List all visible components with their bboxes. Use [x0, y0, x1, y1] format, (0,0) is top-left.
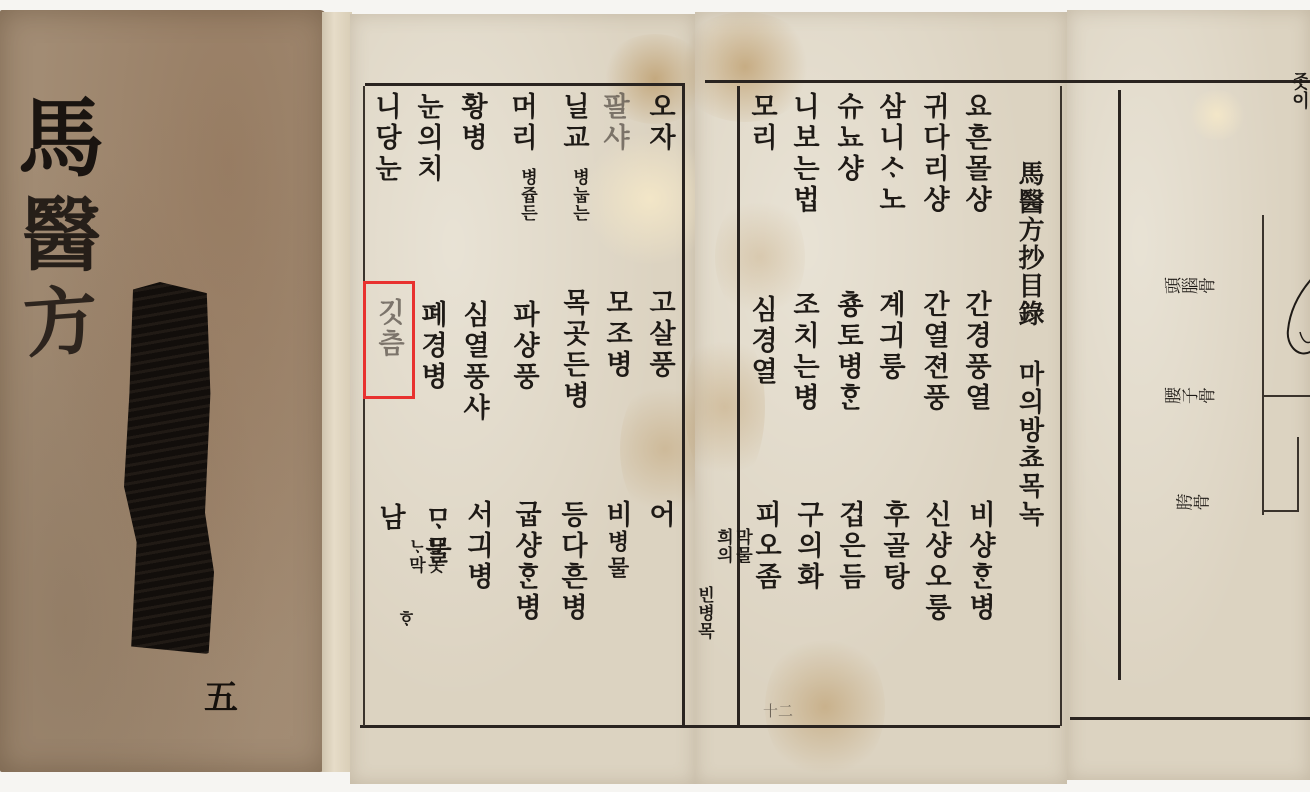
diagram-connector [1297, 437, 1299, 512]
horse-diagram-icon [1280, 270, 1310, 370]
cover-title: 馬 醫 方 [6, 90, 116, 366]
toc-entry: 비샹ᄒᆞᆫ병 [966, 500, 993, 624]
toc-entry: 머리 [508, 92, 535, 154]
toc-entry: 간경풍열 [962, 290, 989, 414]
toc-entry: 등다흔병 [558, 500, 585, 624]
toc-entry: 고살풍 [646, 288, 673, 381]
diagram-label: 胯骨 [1176, 492, 1210, 517]
frame-top-rule [365, 83, 685, 86]
diagram-connector [1264, 395, 1310, 397]
toc-entry: 서긔병 [464, 500, 491, 593]
toc-entry: 닐교 [560, 92, 587, 154]
toc-entry-small: 병쥽든 [518, 168, 535, 222]
toc-entry: 니보는법 [790, 92, 817, 216]
toc-entry: 오자 [646, 92, 673, 154]
bleed-through-text [390, 434, 425, 464]
toc-entry-small: 날못 ᄂᆞ막 [372, 538, 442, 574]
toc-entry: 팔샤 [600, 92, 627, 154]
diagram-label: 頭腦骨 [1164, 275, 1215, 300]
page3-header-text: 좃이 [1290, 72, 1308, 110]
folio-number: 十二 [763, 700, 793, 721]
frame-bottom-rule [1070, 717, 1310, 720]
diagram-label: 腰子骨 [1164, 385, 1215, 410]
frame-bottom-rule [360, 725, 1060, 728]
cover-edge [322, 12, 352, 772]
toc-entry: 신샹오룽 [922, 500, 949, 624]
toc-entry: 비 [603, 500, 630, 531]
frame-page2-right-rule [1060, 86, 1062, 726]
annotation-highlight-box [363, 281, 415, 399]
toc-entry: 겁은듬 [836, 500, 863, 593]
toc-entry-small: 막물 희의 빈병목 [627, 528, 750, 640]
frame-page3-rule [1118, 90, 1121, 680]
cover-volume-mark: 五 [204, 670, 238, 719]
toc-entry: 파샹풍 [510, 300, 537, 393]
cover-title-char-3: 方 [21, 278, 101, 368]
toc-entry: 폐경병 [418, 300, 445, 393]
frame-left-rule [363, 86, 365, 726]
stain [1187, 90, 1247, 140]
toc-entry: 모조병 [603, 288, 630, 381]
toc-entry: 조치는병 [790, 290, 817, 414]
toc-entry: 어 [646, 500, 673, 531]
toc-entry: 심열풍샤 [460, 300, 487, 424]
toc-entry: 병물 [605, 530, 627, 582]
toc-entry: 춍토병ᄒᆞᆫ [834, 290, 861, 414]
toc-entry: 슈뇨샹 [834, 92, 861, 185]
toc-entry: 삼니ᄉᆞ노 [876, 92, 903, 216]
diagram-connector [1264, 510, 1298, 512]
toc-entry: 구의화 [794, 500, 821, 593]
toc-entry-small: ᄒᆞ [395, 610, 412, 628]
cover-title-char-2: 醫 [21, 189, 101, 281]
frame-top-rule [705, 80, 1310, 83]
toc-entry: 목곳든병 [560, 288, 587, 412]
toc-entry: 간열젼풍 [920, 290, 947, 414]
toc-entry: 황병 [458, 92, 485, 154]
toc-title: 馬醫方抄目錄 마의방쵸목녹 [1016, 160, 1042, 528]
toc-entry: 니당눈 [372, 92, 399, 185]
toc-entry: 후골탕 [880, 500, 907, 593]
toc-entry: 심경열 [748, 295, 775, 388]
cover-title-char-1: 馬 [18, 90, 104, 189]
toc-entry: 계긔룽 [876, 290, 903, 383]
toc-entry: 굽샹ᄒᆞᆫ병 [512, 500, 539, 624]
toc-entry: 모리 [748, 92, 775, 154]
toc-entry: 귀다리샹 [920, 92, 947, 216]
document-scan: 馬 醫 方 五 오자 고살풍 어 막물 희의 [0, 0, 1310, 792]
cover-ink-label [124, 282, 214, 654]
diagram-dotted-rule [1262, 215, 1264, 515]
book-cover: 馬 醫 方 五 [0, 10, 326, 772]
toc-entry-small: 병눕는 [570, 168, 587, 222]
toc-entry: 남 [376, 503, 403, 534]
toc-entry: 눈의치 [414, 92, 441, 185]
toc-entry: 피오좀 [752, 500, 779, 593]
toc-entry: 요흔몰샹 [962, 92, 989, 216]
